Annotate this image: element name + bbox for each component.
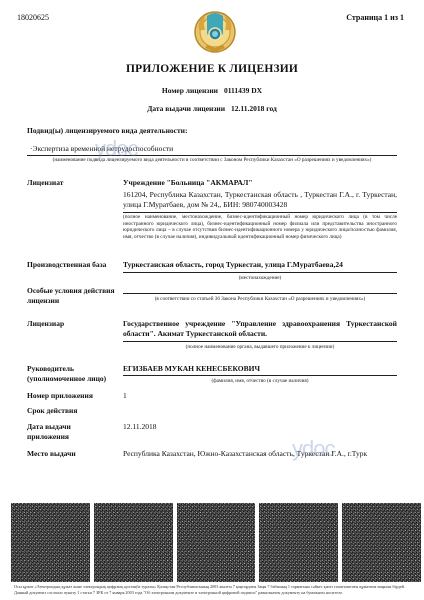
subtype-caption: (наименование подвида лицензируемого вид… [27, 157, 397, 164]
head-label: Руководитель (уполномоченное лицо) [27, 364, 122, 384]
licensee-address: 161204, Республика Казахстан, Туркестанс… [123, 190, 397, 210]
special-conditions-caption: (в соответствии со статьей 36 Закона Рес… [123, 296, 397, 303]
page-indicator: Страница 1 из 1 [346, 13, 404, 22]
licensor-caption: (полное наименование органа, выдавшего п… [123, 344, 397, 351]
validity-label: Срок действия [27, 406, 77, 416]
appendix-number-label: Номер приложения [27, 391, 93, 401]
head-value: ЕГИЗБАЕВ МУКАН КЕНЕСБЕКОВИЧ [123, 364, 397, 374]
license-date-label: Дата выдачи лицензии [147, 104, 225, 113]
licensee-caption: (полное наименование, местонахождение, б… [123, 214, 397, 240]
document-title: ПРИЛОЖЕНИЕ К ЛИЦЕНЗИИ [0, 63, 424, 75]
watermark: ydoc [292, 436, 334, 462]
issue-place-label: Место выдачи [27, 449, 76, 459]
appendix-date-label: Дата выдачи приложения [27, 422, 97, 442]
licensor-divider [123, 341, 397, 342]
qr-code-icon [11, 503, 90, 582]
production-base-value: Туркестанская область, город Туркестан, … [123, 260, 397, 270]
special-conditions-label: Особые условия действия лицензии [27, 286, 117, 306]
licensee-label: Лицензиат [27, 178, 63, 188]
qr-code-icon [259, 503, 338, 582]
subtype-divider [27, 155, 397, 156]
appendix-date-value: 12.11.2018 [123, 422, 397, 432]
special-conditions-divider [123, 293, 397, 294]
license-date-value: 12.11.2018 год [231, 104, 277, 113]
licensee-name: Учреждение "Больница "АКМАРАЛ" [123, 178, 397, 188]
qr-code-icon [177, 503, 256, 582]
watermark: ydoc [95, 136, 137, 162]
document-id: 18020625 [17, 13, 49, 22]
legal-footer-note: Осы құжат «Электрондық құжат және электр… [14, 584, 414, 595]
qr-code-strip [11, 503, 421, 582]
issue-place-value: Республика Казахстан, Южно-Казахстанская… [123, 449, 423, 459]
licensor-value: Государственное учреждение "Управление з… [123, 319, 397, 339]
production-base-label: Производственная база [27, 260, 106, 270]
license-number-label: Номер лицензии [162, 86, 218, 95]
license-number-value: 0111439 DX [224, 86, 262, 95]
qr-code-icon [342, 503, 421, 582]
appendix-number-value: 1 [123, 391, 397, 401]
subtype-heading: Подвид(ы) лицензируемого вида деятельнос… [27, 126, 187, 135]
license-date-line: Дата выдачи лицензии12.11.2018 год [0, 104, 424, 113]
license-number-line: Номер лицензии0111439 DX [0, 86, 424, 95]
qr-code-icon [94, 503, 173, 582]
head-caption: (фамилия, имя, отчество (в случае наличи… [123, 378, 397, 385]
production-base-caption: (местонахождение) [123, 275, 397, 282]
licensee-divider [123, 212, 397, 213]
head-divider [123, 375, 397, 376]
state-emblem-icon [193, 8, 237, 56]
licensor-label: Лицензиар [27, 319, 64, 329]
production-base-divider [123, 272, 397, 273]
